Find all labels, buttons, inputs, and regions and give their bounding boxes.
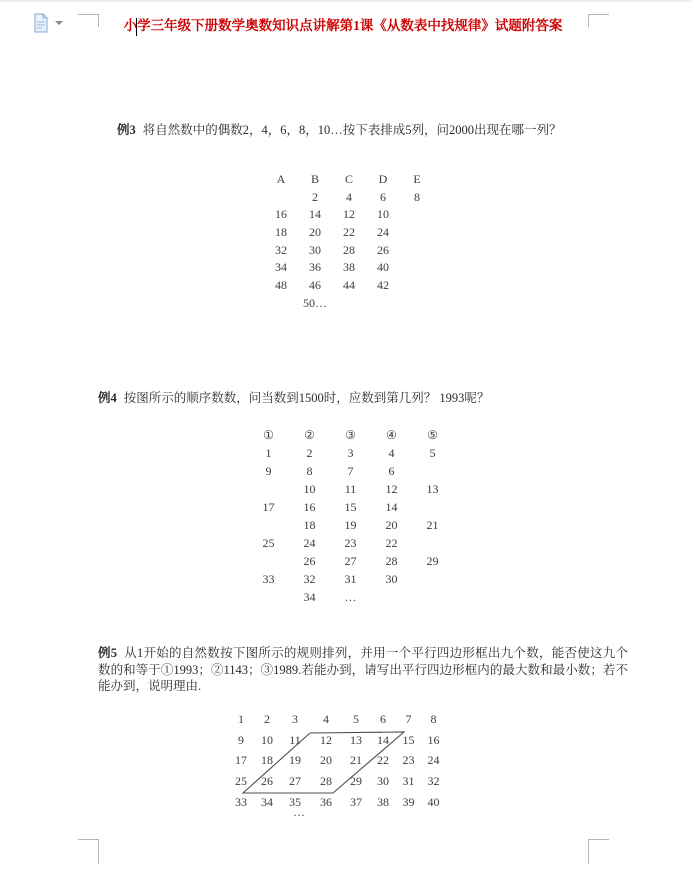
table-cell: C [332,171,366,189]
table-cell: 17 [228,750,254,771]
table-cell [412,534,453,552]
table-cell: 27 [280,771,310,792]
table-cell: 28 [371,552,412,570]
table-cell: 5 [412,444,453,462]
table-cell: 4 [371,444,412,462]
table-cell: 15 [396,730,421,751]
example5-label: 例5 [98,646,117,660]
table-cell: 5 [342,709,370,730]
floating-doc-button[interactable] [33,13,67,35]
table-cell: 22 [371,534,412,552]
example5-paragraph: 例5从1开始的自然数按下图所示的规则排列，并用一个平行四边形框出九个数，能否使这… [98,645,628,695]
example3-paragraph: 例3将自然数中的偶数2，4，6，8，10…按下表排成5列，问2000出现在哪一列… [98,122,628,139]
table-cell: 26 [366,242,400,260]
table-cell: 16 [289,498,330,516]
table-cell: 20 [371,516,412,534]
table-row: 9876 [248,462,453,480]
table-cell [400,259,434,277]
table-cell: 34 [254,792,280,813]
example4-label: 例4 [98,391,117,405]
table-cell: 23 [396,750,421,771]
table-cell: 1 [228,709,254,730]
table-cell: 29 [342,771,370,792]
table-cell: 11 [280,730,310,751]
table-cell: 12 [310,730,342,751]
chevron-down-icon[interactable] [55,21,63,25]
table-cell [248,516,289,534]
table-cell: 16 [264,206,298,224]
document-page: 小学三年级下册数学奥数知识点讲解第1课《从数表中找规律》试题附答案 例3将自然数… [0,0,691,881]
table-cell: 24 [421,750,446,771]
table-cell: 32 [264,242,298,260]
table-cell: 30 [298,242,332,260]
table-cell: 10 [289,480,330,498]
table-row: 48464442 [264,277,434,295]
table-cell: 36 [298,259,332,277]
table-cell: 8 [289,462,330,480]
table-cell: 6 [371,462,412,480]
table-cell: 21 [342,750,370,771]
table-cell: 24 [366,224,400,242]
table-cell: 12 [371,480,412,498]
page-title: 小学三年级下册数学奥数知识点讲解第1课《从数表中找规律》试题附答案 [98,16,588,36]
table-cell: 6 [366,189,400,207]
table-cell [248,480,289,498]
example5-text: 从1开始的自然数按下图所示的规则排列，并用一个平行四边形框出九个数，能否使这九个… [98,646,628,693]
table-row: 18192021 [248,516,453,534]
margin-corner-mark [78,14,99,27]
table-cell: 20 [310,750,342,771]
table-cell: 4 [310,709,342,730]
table-row: 26272829 [248,552,453,570]
table-cell: 18 [264,224,298,242]
table-cell: 36 [310,792,342,813]
table-cell [412,588,453,606]
table-cell [248,588,289,606]
table-row: 12345678 [228,709,446,730]
table-cell: 37 [342,792,370,813]
table-cell: 40 [366,259,400,277]
table-cell: ② [289,426,330,444]
table-cell [412,498,453,516]
table-cell: 8 [421,709,446,730]
table-cell: 24 [289,534,330,552]
table-row: ①②③④⑤ [248,426,453,444]
table-cell: 2 [298,189,332,207]
table-cell [400,295,434,313]
table-cell: 16 [421,730,446,751]
table-cell [400,224,434,242]
table-cell [412,570,453,588]
table-cell: 18 [289,516,330,534]
table-cell: E [400,171,434,189]
table-cell [264,295,298,313]
table-cell: 27 [330,552,371,570]
table-cell: 21 [412,516,453,534]
table-continuation-ellipsis: … [287,804,311,820]
table-row: 3334353637383940 [228,792,446,813]
table-cell: ⑤ [412,426,453,444]
table-cell: 14 [298,206,332,224]
table-row: 18202224 [264,224,434,242]
table-cell: D [366,171,400,189]
table-cell: 39 [396,792,421,813]
table-cell: 38 [332,259,366,277]
table-cell: 32 [421,771,446,792]
example4-text: 按图所示的顺序数数，问当数到1500时，应数到第几列？ 1993呢？ [124,391,490,405]
table-cell: 7 [330,462,371,480]
table-cell: 6 [370,709,396,730]
table-cell: 1 [248,444,289,462]
margin-corner-mark [78,839,99,864]
table-cell: 11 [330,480,371,498]
table-cell: 7 [396,709,421,730]
table-cell: 23 [330,534,371,552]
table-cell: 32 [289,570,330,588]
table-cell: 3 [280,709,310,730]
table-cell: 22 [370,750,396,771]
table-cell: 34 [264,259,298,277]
table-cell: A [264,171,298,189]
table-cell: 28 [310,771,342,792]
example4-number-table: ①②③④⑤12345987610111213171615141819202125… [248,426,453,606]
example3-text: 将自然数中的偶数2，4，6，8，10…按下表排成5列，问2000出现在哪一列？ [143,123,562,137]
table-cell: 2 [289,444,330,462]
table-cell: 50… [298,295,332,313]
table-row: 1718192021222324 [228,750,446,771]
table-cell: ③ [330,426,371,444]
table-cell: 20 [298,224,332,242]
table-cell: 38 [370,792,396,813]
table-cell [400,277,434,295]
table-cell: 15 [330,498,371,516]
table-cell: 44 [332,277,366,295]
table-cell: 48 [264,277,298,295]
table-row: 33323130 [248,570,453,588]
table-cell: 42 [366,277,400,295]
table-cell: 19 [330,516,371,534]
table-cell: 10 [366,206,400,224]
table-row: 910111213141516 [228,730,446,751]
table-cell: 3 [330,444,371,462]
table-cell: 31 [330,570,371,588]
margin-corner-mark [588,14,609,27]
table-row: 12345 [248,444,453,462]
table-cell: 14 [371,498,412,516]
table-row: 34363840 [264,259,434,277]
table-cell: 9 [248,462,289,480]
table-cell: 13 [342,730,370,751]
table-cell: 12 [332,206,366,224]
table-cell: 10 [254,730,280,751]
table-cell: 29 [412,552,453,570]
table-cell: 14 [370,730,396,751]
table-row: 2468 [264,189,434,207]
document-icon[interactable] [33,13,49,33]
table-cell [400,242,434,260]
table-cell: 2 [254,709,280,730]
table-cell [366,295,400,313]
example4-paragraph: 例4按图所示的顺序数数，问当数到1500时，应数到第几列？ 1993呢？ [98,390,628,407]
table-cell [371,588,412,606]
table-cell: 4 [332,189,366,207]
example3-label: 例3 [117,123,136,137]
table-cell: 18 [254,750,280,771]
table-cell: ① [248,426,289,444]
table-cell: 33 [228,792,254,813]
table-cell [332,295,366,313]
table-cell: 17 [248,498,289,516]
table-cell: 22 [332,224,366,242]
table-row: 25242322 [248,534,453,552]
table-cell: … [330,588,371,606]
table-cell: 34 [289,588,330,606]
table-row: 50… [264,295,434,313]
table-cell: 31 [396,771,421,792]
margin-corner-mark [588,839,609,864]
table-row: 34… [248,588,453,606]
table-cell: B [298,171,332,189]
table-cell: 13 [412,480,453,498]
example5-number-table: 1234567891011121314151617181920212223242… [228,709,446,812]
table-cell [400,206,434,224]
table-row: 10111213 [248,480,453,498]
table-cell: 8 [400,189,434,207]
table-cell [248,552,289,570]
table-cell: 28 [332,242,366,260]
table-cell: 26 [289,552,330,570]
table-cell [412,462,453,480]
table-cell: 25 [248,534,289,552]
table-row: 32302826 [264,242,434,260]
table-row: 2526272829303132 [228,771,446,792]
table-cell: 30 [370,771,396,792]
table-cell: 46 [298,277,332,295]
table-cell: 30 [371,570,412,588]
table-cell [264,189,298,207]
example3-number-table: ABCDE24681614121018202224323028263436384… [264,171,434,313]
table-cell: 40 [421,792,446,813]
table-cell: 19 [280,750,310,771]
table-cell: 26 [254,771,280,792]
table-cell: 33 [248,570,289,588]
table-cell: 9 [228,730,254,751]
table-row: 16141210 [264,206,434,224]
table-cell: ④ [371,426,412,444]
table-cell: 25 [228,771,254,792]
table-row: 17161514 [248,498,453,516]
table-row: ABCDE [264,171,434,189]
